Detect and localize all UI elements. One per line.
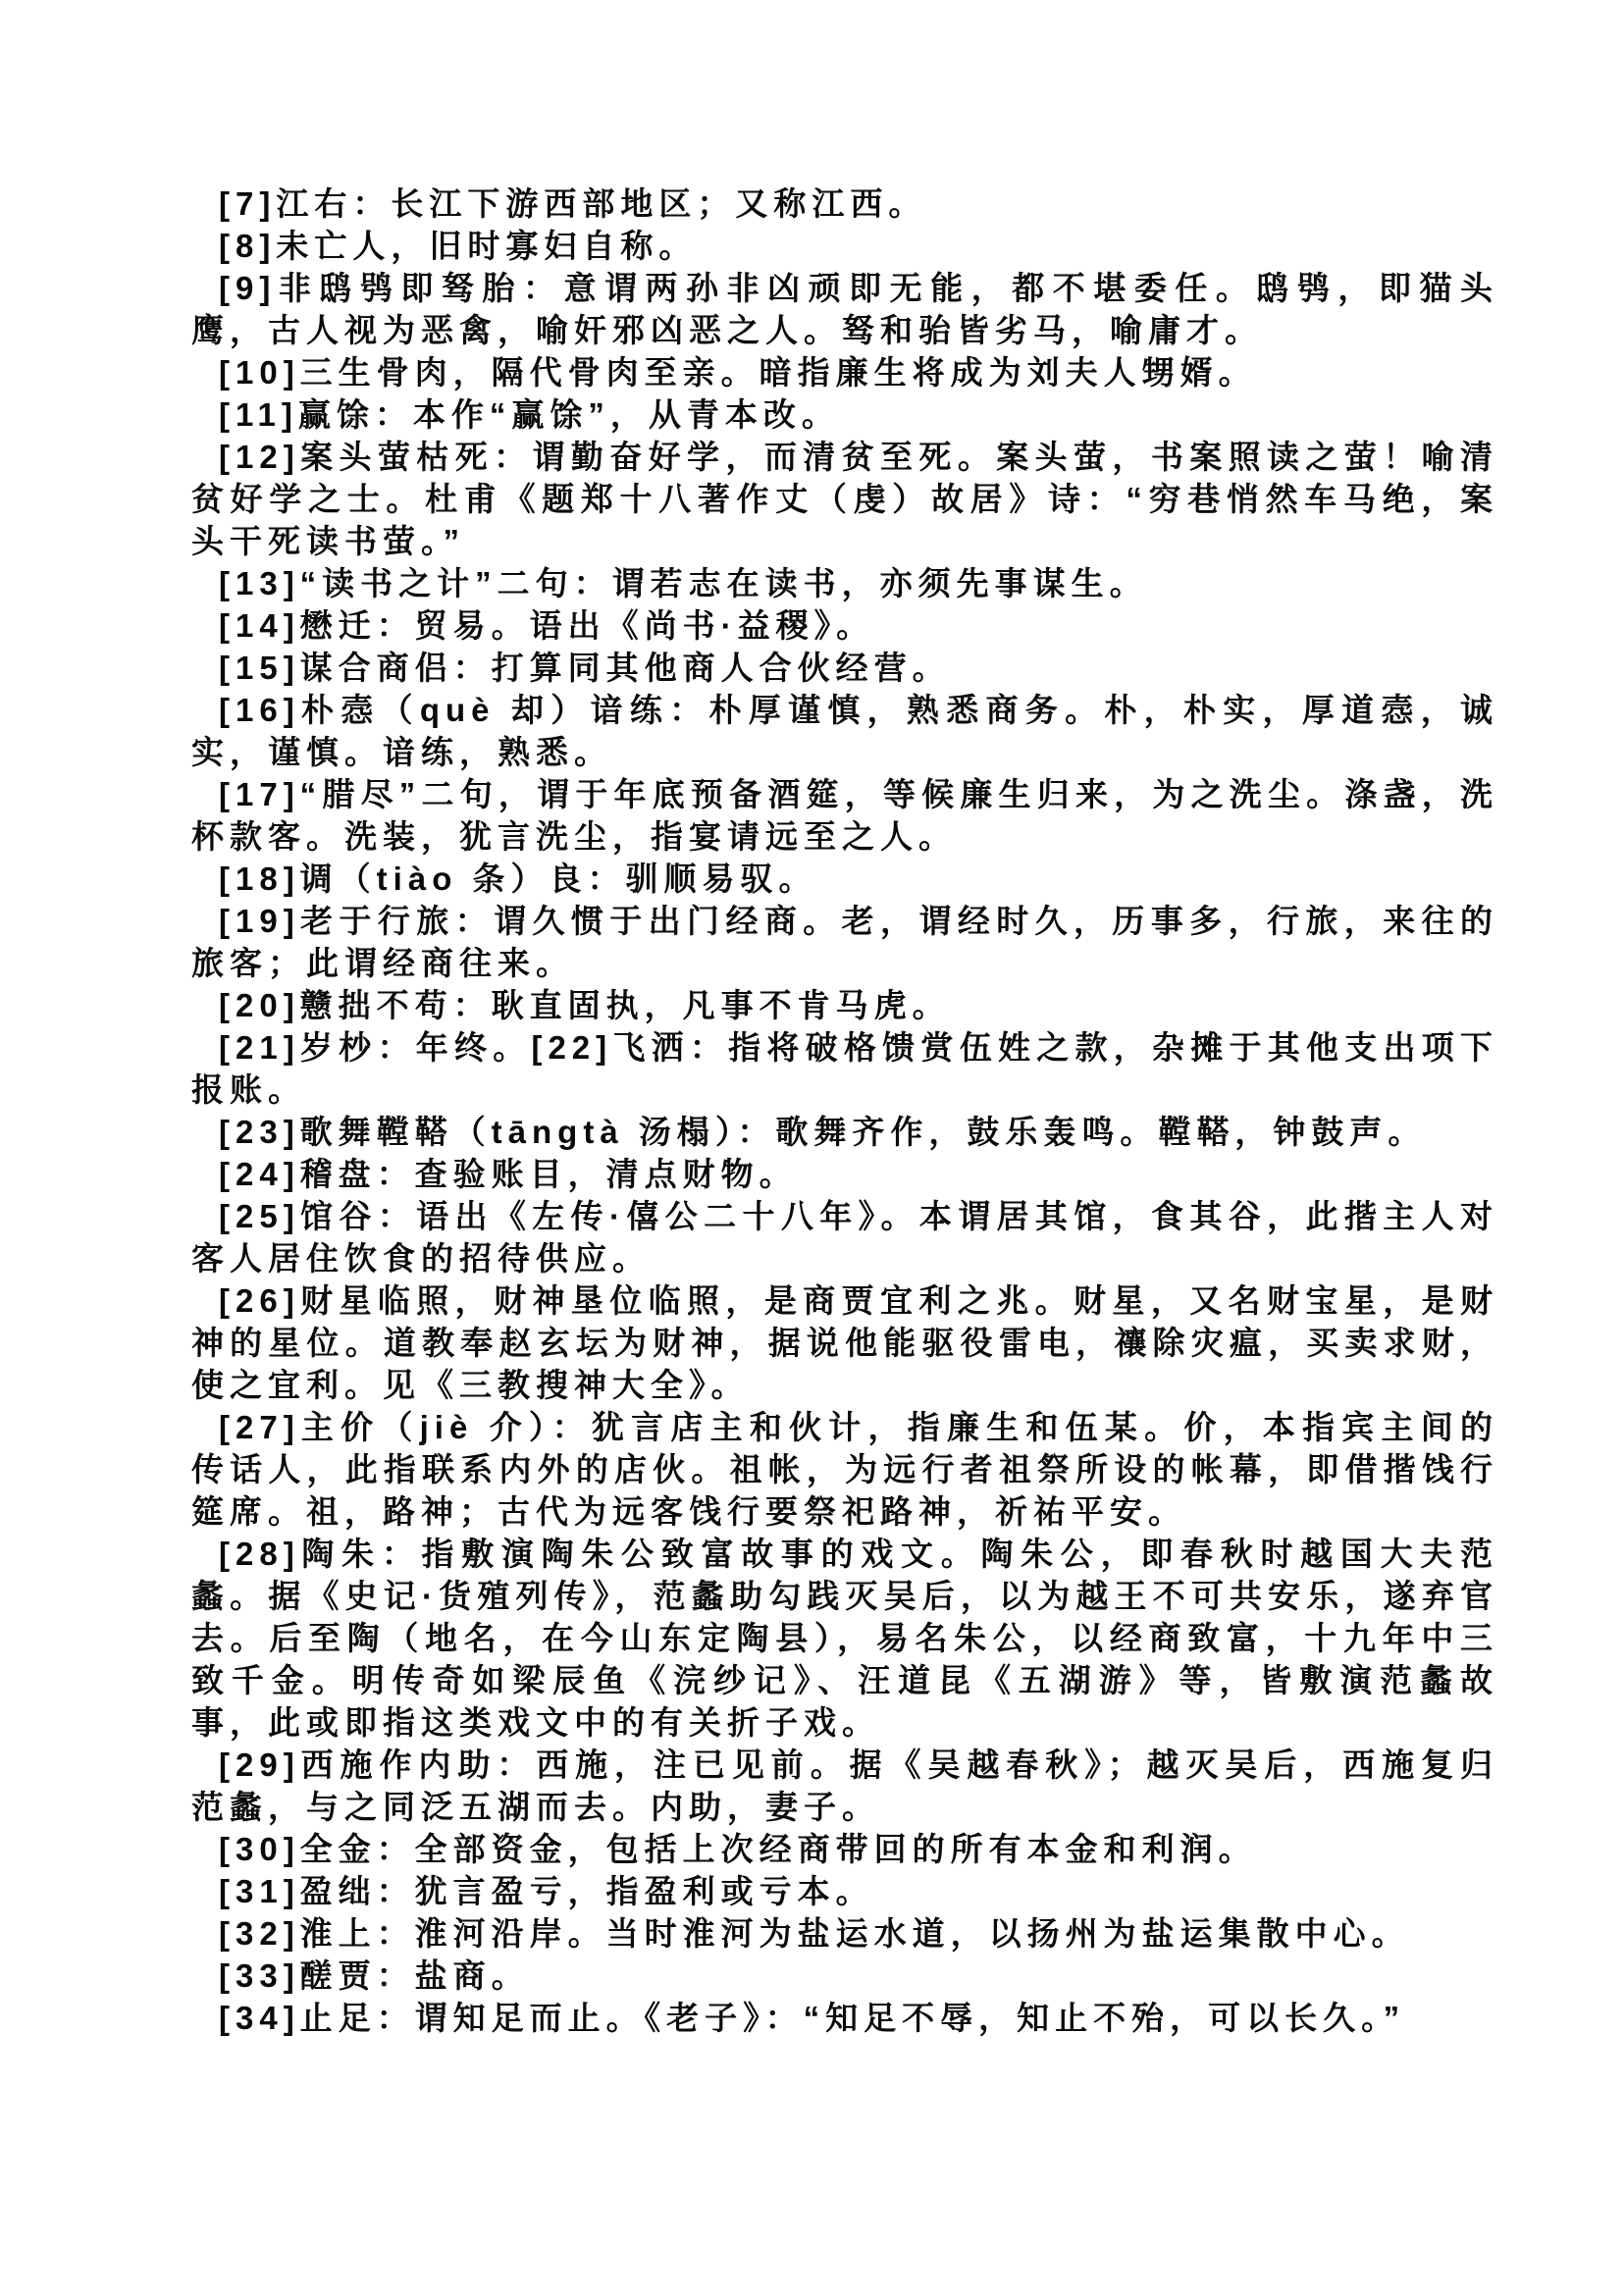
footnote-23: [23]歌舞鞺鞳（tāngtà 汤榻）：歌舞齐作，鼓乐轰鸣。鞺鞳，钟鼓声。 xyxy=(191,1111,1498,1153)
footnote-29: [29]西施作内助：西施，注已见前。据《吴越春秋》；越灭吴后，西施复归范蠡，与之… xyxy=(191,1744,1498,1828)
footnote-33: [33]醝贾：盐商。 xyxy=(191,1955,1498,1997)
footnote-15: [15]谋合商侣：打算同其他商人合伙经营。 xyxy=(191,647,1498,689)
footnote-31: [31]盈绌：犹言盈亏，指盈利或亏本。 xyxy=(191,1870,1498,1912)
footnote-28: [28]陶朱：指敷演陶朱公致富故事的戏文。陶朱公，即春秋时越国大夫范蠡。据《史记… xyxy=(191,1533,1498,1744)
footnote-16: [16]朴悫（què 却）谙练：朴厚谨慎，熟悉商务。朴，朴实，厚道悫，诚实，谨慎… xyxy=(191,689,1498,773)
footnote-26: [26]财星临照，财神垦位临照，是商贾宜利之兆。财星，又名财宝星，是财神的星位。… xyxy=(191,1279,1498,1406)
footnote-9: [9]非鸱鸮即驽胎：意谓两孙非凶顽即无能，都不堪委任。鸱鸮，即猫头鹰，古人视为恶… xyxy=(191,267,1498,351)
footnote-11: [11]赢馀：本作“赢馀”，从青本改。 xyxy=(191,393,1498,436)
footnote-17: [17]“腊尽”二句，谓于年底预备酒筵，等候廉生归来，为之洗尘。涤盏，洗杯款客。… xyxy=(191,773,1498,858)
footnote-21-22: [21]岁杪：年终。[22]飞洒：指将破格馈赏伍姓之款，杂摊于其他支出项下报账。 xyxy=(191,1026,1498,1111)
footnote-30: [30]全金：全部资金，包括上次经商带回的所有本金和利润。 xyxy=(191,1828,1498,1870)
footnote-8: [8]未亡人，旧时寡妇自称。 xyxy=(191,225,1498,267)
footnote-32: [32]淮上：淮河沿岸。当时淮河为盐运水道，以扬州为盐运集散中心。 xyxy=(191,1912,1498,1955)
footnote-25: [25]馆谷：语出《左传·僖公二十八年》。本谓居其馆，食其谷，此揩主人对客人居住… xyxy=(191,1195,1498,1279)
footnote-14: [14]懋迁：贸易。语出《尚书·益稷》。 xyxy=(191,604,1498,647)
footnote-20: [20]戆拙不苟：耿直固执，凡事不肯马虎。 xyxy=(191,984,1498,1026)
footnote-7: [7]江右：长江下游西部地区；又称江西。 xyxy=(191,182,1498,225)
footnote-27: [27]主价（jiè 介）：犹言店主和伙计，指廉生和伍某。价，本指宾主间的传话人… xyxy=(191,1406,1498,1533)
footnote-10: [10]三生骨肉，隔代骨肉至亲。暗指廉生将成为刘夫人甥婿。 xyxy=(191,351,1498,393)
footnote-12: [12]案头萤枯死：谓勤奋好学，而清贫至死。案头萤，书案照读之萤！喻清贫好学之士… xyxy=(191,436,1498,562)
document-page: [7]江右：长江下游西部地区；又称江西。 [8]未亡人，旧时寡妇自称。 [9]非… xyxy=(0,0,1624,2294)
footnotes-block: [7]江右：长江下游西部地区；又称江西。 [8]未亡人，旧时寡妇自称。 [9]非… xyxy=(191,182,1498,2039)
footnote-34: [34]止足：谓知足而止。《老子》：“知足不辱，知止不殆，可以长久。” xyxy=(191,1997,1498,2039)
footnote-18: [18]调（tiào 条）良：驯顺易驭。 xyxy=(191,858,1498,900)
footnote-19: [19]老于行旅：谓久惯于出门经商。老，谓经时久，历事多，行旅，来往的旅客；此谓… xyxy=(191,900,1498,984)
footnote-13: [13]“读书之计”二句：谓若志在读书，亦须先事谋生。 xyxy=(191,562,1498,604)
footnote-24: [24]稽盘：查验账目，清点财物。 xyxy=(191,1153,1498,1195)
